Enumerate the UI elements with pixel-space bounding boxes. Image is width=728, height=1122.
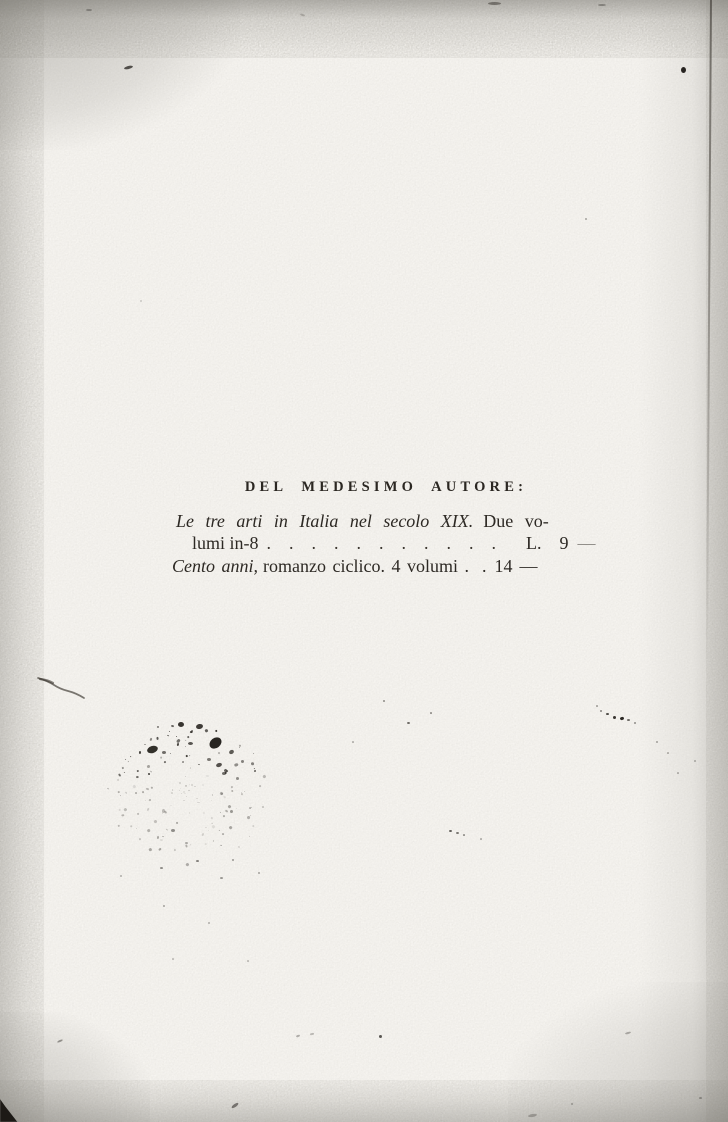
ink-speck — [136, 828, 137, 829]
ink-speck — [247, 815, 251, 819]
ink-speck — [571, 1103, 573, 1105]
ink-speck — [162, 836, 164, 838]
ink-speck — [119, 795, 121, 797]
ink-speck — [181, 793, 182, 795]
currency-label: L. — [526, 533, 542, 553]
ink-speck — [407, 722, 410, 724]
catalog-line-1: Le tre arti in Italia nel secolo XIX.Due… — [176, 511, 549, 532]
ink-speck — [667, 752, 669, 754]
ink-speck — [148, 773, 150, 775]
scan-shadow-right — [638, 0, 728, 1122]
ink-speck — [211, 800, 212, 801]
ink-speck — [185, 845, 187, 848]
ink-speck — [585, 218, 587, 220]
ink-speck — [232, 859, 234, 861]
price-dash-1: — — [578, 533, 595, 553]
ink-speck — [194, 786, 196, 787]
ink-speck — [148, 799, 150, 801]
ink-speck — [205, 843, 207, 845]
ink-speck — [252, 825, 255, 828]
ink-speck — [247, 960, 249, 962]
price-1: 9 — [560, 533, 569, 553]
ink-speck — [258, 872, 260, 874]
ink-speck — [185, 862, 189, 866]
ink-speck — [163, 905, 165, 907]
ink-speck — [239, 747, 240, 748]
book-title-2: Cento anni, — [172, 556, 258, 576]
ink-speck — [202, 833, 205, 836]
ink-speck — [694, 760, 696, 762]
ink-speck — [677, 772, 679, 774]
ink-speck — [185, 785, 187, 786]
ink-speck — [125, 792, 127, 794]
ink-speck — [205, 729, 209, 733]
ink-speck — [203, 812, 205, 814]
corner-ink-blob — [0, 1090, 30, 1122]
ink-speck — [480, 838, 482, 840]
ink-speck — [185, 842, 188, 844]
ink-speck — [225, 772, 227, 774]
ink-speck — [250, 815, 251, 817]
ink-speck — [138, 837, 141, 839]
scratch-mark — [30, 668, 100, 704]
ink-speck — [222, 815, 225, 818]
book-desc-2: romanzo ciclico. 4 volumi . — [263, 556, 469, 576]
ink-speck — [179, 790, 180, 791]
ink-speck — [227, 804, 231, 808]
ink-speck — [223, 768, 227, 772]
scan-shadow-top — [0, 0, 728, 52]
ink-speck — [231, 785, 234, 787]
ink-speck — [206, 775, 208, 777]
ink-speck — [166, 828, 168, 830]
ink-speck — [188, 742, 193, 745]
series-heading: DEL MEDESIMO AUTORE: — [22, 479, 728, 496]
ink-speck — [146, 744, 159, 754]
ink-speck — [124, 807, 128, 811]
price-dash-2: — — [519, 556, 536, 576]
ink-speck — [186, 755, 188, 757]
ink-speck — [244, 791, 245, 792]
ink-speck — [249, 835, 251, 837]
ink-speck — [172, 789, 173, 791]
ink-speck — [136, 776, 139, 778]
ink-speck — [185, 785, 186, 787]
ink-speck — [488, 2, 501, 5]
ink-speck — [162, 813, 164, 815]
ink-speck — [146, 829, 150, 833]
ink-speck — [197, 763, 199, 764]
ink-speck — [57, 1039, 63, 1043]
ink-speck — [205, 826, 207, 828]
ink-speck — [456, 832, 459, 834]
ink-speck — [600, 710, 602, 712]
book-desc-1: Due vo- — [483, 511, 548, 531]
ink-speck — [212, 794, 214, 795]
ink-speck — [207, 758, 211, 761]
ink-speck — [228, 825, 232, 829]
ink-speck — [196, 723, 204, 729]
ink-speck — [154, 819, 157, 822]
ink-speck — [121, 815, 124, 817]
ink-speck — [300, 13, 305, 17]
ink-speck — [185, 740, 187, 742]
ink-speck — [620, 717, 625, 721]
ink-speck — [222, 833, 225, 836]
ink-speck — [251, 807, 253, 809]
ink-speck — [149, 770, 151, 772]
ink-speck — [173, 848, 175, 850]
dot-leader: ........... — [267, 533, 515, 553]
ink-speck — [169, 731, 170, 732]
ink-speck — [625, 1031, 631, 1034]
ink-speck — [449, 830, 452, 832]
book-title-1: Le tre arti in Italia nel secolo XIX. — [176, 511, 473, 531]
scanned-book-page: DEL MEDESIMO AUTORE: Le tre arti in Ital… — [0, 0, 728, 1122]
ink-speck — [213, 840, 215, 842]
ink-speck — [176, 743, 179, 746]
ink-speck — [211, 825, 215, 829]
ink-speck — [606, 713, 609, 715]
ink-speck — [181, 761, 184, 764]
ink-speck — [230, 810, 233, 813]
ink-speck — [180, 788, 181, 789]
ink-speck — [185, 746, 186, 747]
ink-speck — [241, 792, 242, 793]
ink-speck — [176, 739, 181, 744]
ink-speck — [253, 753, 254, 754]
ink-speck — [141, 790, 144, 793]
ink-speck — [129, 825, 132, 827]
ink-speck — [161, 809, 164, 813]
ink-speck — [149, 799, 151, 801]
ink-speck — [239, 744, 241, 746]
ink-speck — [140, 300, 142, 302]
ink-speck — [234, 763, 238, 767]
dot-leader-2: . — [482, 556, 487, 576]
ink-speck — [528, 1113, 537, 1118]
ink-speck — [146, 788, 149, 791]
book-desc-1-cont: lumi in-8 — [192, 533, 259, 553]
ink-speck — [176, 822, 179, 825]
ink-speck — [237, 846, 240, 848]
scan-shadow-bottom-left — [0, 1012, 150, 1122]
catalog-line-3: Cento anni,romanzo ciclico. 4 volumi ..1… — [172, 556, 536, 577]
paper-grain-left — [0, 0, 44, 1122]
ink-speck — [178, 722, 184, 727]
ink-speck — [170, 725, 173, 728]
ink-speck — [219, 812, 220, 813]
scan-shadow-left — [0, 0, 46, 1122]
ink-speck — [136, 770, 138, 772]
scan-shadow-bottom — [0, 1082, 728, 1122]
ink-speck — [613, 716, 616, 719]
scan-shadow-top-left — [0, 0, 240, 150]
ink-speck — [197, 802, 199, 804]
ink-speck — [224, 810, 228, 813]
ink-speck — [222, 795, 226, 799]
ink-speck — [171, 792, 173, 794]
ink-speck — [170, 753, 171, 754]
ink-speck — [231, 789, 234, 792]
ink-speck — [135, 776, 138, 779]
ink-speck — [147, 764, 150, 767]
ink-speck — [187, 735, 190, 738]
ink-speck — [183, 791, 185, 793]
price-2: 14 — [494, 556, 512, 576]
ink-speck — [122, 767, 124, 770]
ink-speck — [379, 1035, 382, 1038]
ink-speck — [157, 836, 160, 839]
paper-grain-bottom — [0, 1080, 728, 1122]
ink-speck — [218, 751, 220, 753]
ink-speck — [596, 705, 598, 707]
ink-speck — [118, 825, 120, 827]
ink-speck — [158, 847, 162, 850]
ink-speck — [207, 735, 223, 751]
ink-speck — [189, 784, 190, 786]
ink-speck — [119, 809, 121, 811]
ink-speck — [176, 736, 178, 738]
ink-speck — [156, 736, 159, 739]
ink-speck — [146, 807, 150, 811]
ink-speck — [215, 762, 222, 768]
ink-speck — [699, 1097, 702, 1099]
ink-speck — [191, 784, 193, 786]
ink-speck — [634, 722, 636, 724]
ink-speck — [134, 792, 137, 795]
ink-speck — [170, 805, 172, 806]
ink-speck — [383, 700, 385, 702]
ink-speck — [210, 817, 212, 819]
ink-speck — [241, 793, 243, 795]
ink-speck — [120, 875, 122, 877]
ink-speck — [139, 751, 141, 754]
ink-speck — [189, 812, 190, 814]
ink-speck — [196, 860, 199, 862]
ink-speck — [249, 807, 251, 809]
ink-speck — [219, 830, 220, 831]
ink-speck — [179, 782, 181, 783]
ink-speck — [208, 830, 209, 831]
ink-speck — [258, 785, 261, 788]
ink-speck — [160, 867, 163, 869]
ink-speck — [228, 749, 234, 755]
ink-speck — [137, 812, 140, 815]
ink-speck — [254, 768, 255, 769]
ink-speck — [236, 777, 239, 780]
ink-speck — [116, 779, 119, 782]
ink-speck — [262, 805, 264, 808]
ink-speck — [226, 770, 229, 772]
ink-speck — [172, 958, 174, 960]
ink-speck — [310, 1033, 314, 1035]
ink-speck — [128, 760, 129, 761]
ink-speck — [189, 843, 191, 845]
ink-speck — [151, 787, 154, 790]
ink-speck — [107, 787, 109, 789]
ink-speck — [162, 751, 166, 754]
ink-speck — [254, 770, 256, 773]
ink-speck — [161, 757, 163, 760]
ink-speck — [219, 791, 223, 795]
catalog-line-2: lumi in-8...........L.9— — [192, 533, 595, 554]
paper-grain-top — [0, 0, 728, 58]
ink-speck — [184, 793, 186, 794]
ink-speck — [188, 790, 190, 791]
ink-speck — [86, 9, 92, 11]
ink-speck — [125, 759, 127, 761]
ink-speck — [118, 791, 120, 793]
ink-speck — [191, 730, 194, 733]
ink-speck — [185, 776, 186, 777]
ink-speck — [236, 808, 237, 809]
ink-speck — [183, 800, 185, 801]
page-crease-line — [706, 0, 712, 656]
ink-speck — [222, 772, 226, 775]
ink-speck — [656, 741, 658, 743]
ink-speck — [241, 760, 244, 763]
ink-speck — [166, 735, 168, 737]
ink-speck — [430, 712, 432, 714]
ink-speck — [144, 800, 145, 801]
ink-speck — [220, 845, 223, 847]
ink-speck — [189, 756, 190, 757]
ink-speck — [231, 1102, 239, 1109]
ink-speck — [220, 793, 223, 796]
ink-speck — [164, 761, 167, 764]
ink-speck — [124, 65, 133, 70]
ink-speck — [160, 839, 163, 842]
ink-speck — [220, 877, 223, 879]
ink-speck — [296, 1034, 300, 1037]
ink-speck — [189, 730, 192, 733]
ink-speck — [117, 773, 121, 777]
scan-shadow-bottom-right — [508, 982, 728, 1122]
ink-speck — [262, 775, 266, 779]
ink-speck — [149, 738, 152, 741]
ink-speck — [208, 922, 210, 924]
ink-speck — [156, 726, 159, 728]
ink-speck — [214, 730, 217, 733]
ink-speck — [250, 762, 254, 765]
ink-speck — [130, 756, 131, 757]
ink-speck — [196, 798, 198, 800]
ink-speck — [171, 829, 175, 832]
ink-speck — [144, 744, 146, 745]
ink-speck — [163, 811, 166, 815]
ink-speck — [148, 848, 152, 852]
ink-speck — [186, 796, 187, 797]
ink-speck — [598, 4, 606, 6]
ink-speck — [124, 772, 125, 773]
ink-speck — [190, 767, 191, 769]
ink-speck — [627, 719, 630, 721]
ink-speck — [202, 784, 204, 786]
ink-speck — [681, 67, 686, 73]
ink-speck — [352, 741, 354, 743]
ink-speck — [188, 790, 190, 791]
ink-speck — [463, 834, 465, 836]
ink-speck — [133, 785, 137, 789]
